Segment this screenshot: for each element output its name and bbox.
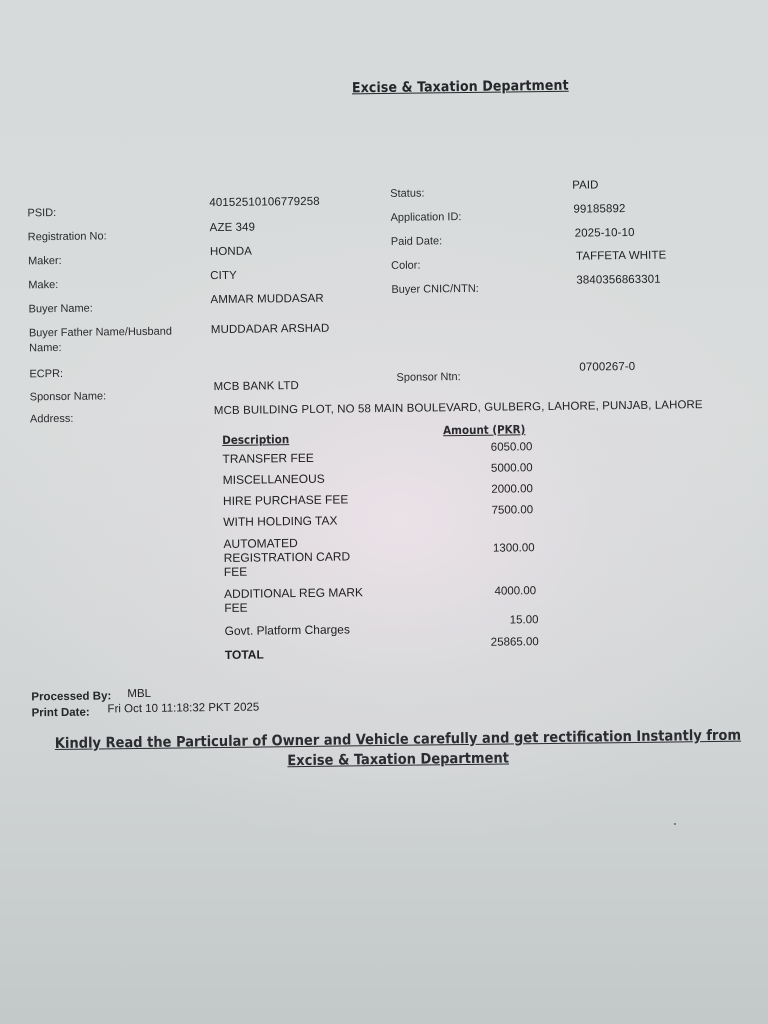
paper-speck bbox=[674, 823, 676, 825]
sponsor-ntn-label: Sponsor Ntn: bbox=[396, 371, 460, 384]
registration-no-label: Registration No: bbox=[28, 230, 107, 243]
make-value: CITY bbox=[210, 270, 237, 282]
ecpr-label: ECPR: bbox=[29, 368, 63, 380]
fee-row-amount: 1300.00 bbox=[455, 542, 535, 555]
fee-row-description: TRANSFER FEE bbox=[222, 450, 372, 466]
fee-amount-header: Amount (PKR) bbox=[443, 422, 525, 437]
fee-row-description: MISCELLANEOUS bbox=[223, 471, 373, 487]
fee-row-amount: 6050.00 bbox=[452, 441, 532, 454]
maker-label: Maker: bbox=[28, 255, 62, 267]
fee-row-description: AUTOMATED REGISTRATION CARD FEE bbox=[223, 535, 369, 579]
rectification-notice: Kindly Read the Particular of Owner and … bbox=[38, 725, 758, 774]
fee-row-amount: 5000.00 bbox=[453, 462, 533, 475]
color-label: Color: bbox=[391, 260, 420, 272]
fee-row-description: ADDITIONAL REG MARK FEE bbox=[224, 585, 374, 615]
print-date-value: Fri Oct 10 11:18:32 PKT 2025 bbox=[107, 702, 259, 716]
paid-date-value: 2025-10-10 bbox=[575, 227, 635, 240]
fee-description-header: Description bbox=[222, 432, 289, 447]
fee-row-amount: 2000.00 bbox=[453, 483, 533, 496]
fee-row-description: HIRE PURCHASE FEE bbox=[223, 492, 373, 508]
make-label: Make: bbox=[28, 279, 58, 291]
fee-row-amount: 7500.00 bbox=[453, 504, 533, 517]
father-name-label: Buyer Father Name/Husband Name: bbox=[29, 324, 204, 356]
paid-date-label: Paid Date: bbox=[391, 235, 443, 248]
fee-total-amount: 25865.00 bbox=[459, 636, 539, 649]
status-value: PAID bbox=[572, 179, 599, 191]
fee-row-amount: 15.00 bbox=[458, 614, 538, 627]
registration-no-value: AZE 349 bbox=[210, 222, 256, 235]
buyer-name-value: AMMAR MUDDASAR bbox=[210, 293, 323, 306]
psid-label: PSID: bbox=[27, 207, 56, 219]
color-value: TAFFETA WHITE bbox=[576, 250, 666, 263]
psid-value: 40152510106779258 bbox=[209, 196, 320, 209]
fee-row-description: Govt. Platform Charges bbox=[224, 622, 384, 638]
father-name-value: MUDDADAR ARSHAD bbox=[211, 323, 330, 336]
application-id-label: Application ID: bbox=[390, 211, 461, 224]
document-title: Excise & Taxation Department bbox=[352, 78, 569, 97]
address-label: Address: bbox=[30, 413, 74, 426]
sponsor-name-value: MCB BANK LTD bbox=[214, 380, 299, 393]
print-date-label: Print Date: bbox=[31, 707, 89, 720]
sponsor-name-label: Sponsor Name: bbox=[30, 390, 107, 403]
address-value: MCB BUILDING PLOT, NO 58 MAIN BOULEVARD,… bbox=[214, 399, 703, 417]
buyer-name-label: Buyer Name: bbox=[29, 303, 93, 316]
status-label: Status: bbox=[390, 187, 424, 199]
buyer-cnic-label: Buyer CNIC/NTN: bbox=[391, 283, 479, 296]
processed-by-label: Processed By: bbox=[31, 690, 111, 703]
fee-total-label: TOTAL bbox=[225, 646, 375, 662]
receipt-sheet: Excise & Taxation Department PSID: 40152… bbox=[0, 0, 768, 1024]
maker-value: HONDA bbox=[210, 246, 252, 259]
sponsor-ntn-value: 0700267-0 bbox=[579, 361, 635, 374]
fee-row-amount: 4000.00 bbox=[456, 585, 536, 598]
fee-row-description: WITH HOLDING TAX bbox=[223, 513, 373, 529]
processed-by-value: MBL bbox=[127, 688, 151, 700]
buyer-cnic-value: 3840356863301 bbox=[576, 274, 661, 287]
application-id-value: 99185892 bbox=[573, 203, 625, 216]
